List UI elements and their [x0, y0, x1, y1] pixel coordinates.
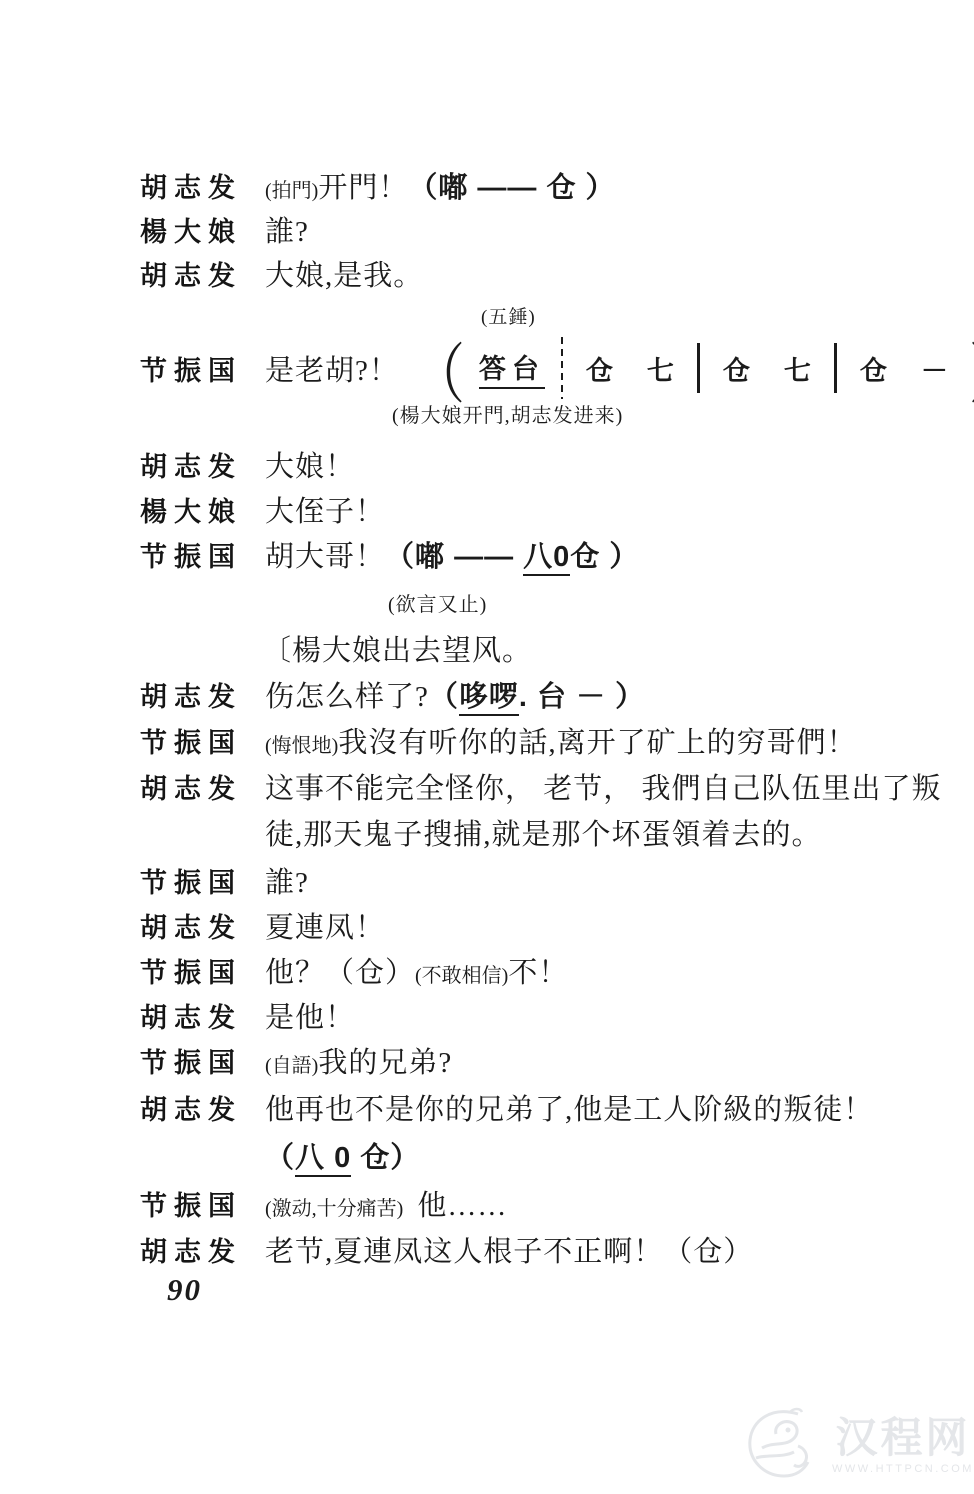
speaker-name: 胡志发 — [140, 445, 244, 484]
percussion-underlined: 八0 — [523, 541, 570, 576]
percussion-notation: 仓 ） — [570, 541, 639, 573]
percussion-notation: 仓） — [351, 1142, 420, 1174]
percussion-notation: （嘟 —— 仓 ） — [408, 172, 615, 204]
script-page: 胡志发 (拍門)开門！（嘟 —— 仓 ） 楊大娘 誰? 胡志发 大娘,是我。 (… — [0, 0, 974, 1494]
spoken-text: 不！ — [508, 957, 568, 989]
inline-stage-direction: (自語) — [265, 1055, 318, 1077]
percussion-syllable: 仓 — [860, 349, 887, 388]
spoken-text: 开門！ — [318, 172, 408, 204]
speaker-name: 节振国 — [140, 1184, 244, 1223]
spoken-text: 我沒有听你的話,离开了矿上的穷哥們！ — [338, 727, 856, 759]
inline-stage-direction: (不敢相信) — [415, 965, 508, 987]
speaker-name: 节振国 — [140, 535, 244, 574]
spoken-text: 伤怎么样了? — [265, 681, 429, 713]
dialogue-row: 胡志发 伤怎么样了?（哆啰. 台 － ） — [140, 674, 645, 715]
measure-barline-dashed — [561, 337, 563, 399]
dialogue-row: 节振国 (自語)我的兄弟? — [140, 1040, 452, 1081]
spoken-text-continuation: 徒,那天鬼子搜捕,就是那个坏蛋領着去的。 — [265, 812, 822, 853]
percussion-underlined: 八 0 — [295, 1142, 351, 1177]
dialogue-row: 胡志发 大娘！ — [140, 444, 355, 485]
spoken-text: 是老胡?！ — [265, 348, 399, 389]
percussion-underlined: 哆啰 — [459, 681, 519, 716]
spoken-text: 是他！ — [265, 995, 355, 1036]
dialogue-row: 胡志发 夏連凤！ — [140, 905, 385, 946]
watermark-site-name: 汉程网 — [832, 1416, 974, 1460]
dialogue-row: 胡志发 他再也不是你的兄弟了,他是工人阶級的叛徒！ — [140, 1087, 873, 1128]
spoken-text: 大娘,是我。 — [265, 253, 423, 294]
speaker-name: 节振国 — [140, 349, 244, 388]
percussion-label: (五錘) — [481, 302, 536, 329]
inline-stage-direction: (激动,十分痛苦) — [265, 1198, 403, 1220]
dialogue-row: 胡志发 是他！ — [140, 995, 355, 1036]
spoken-text: 他…… — [417, 1190, 507, 1222]
watermark: 汉程网 WWW.HTTPCN.COM — [742, 1402, 972, 1489]
dialogue-row: 楊大娘 大侄子！ — [140, 489, 385, 530]
percussion-syllable: 七 — [647, 349, 674, 388]
httpcn-swirl-logo-icon — [742, 1402, 828, 1489]
dialogue-row: 节振国 (激动,十分痛苦)他…… — [140, 1183, 507, 1224]
dialogue-row: 胡志发 老节,夏連凤这人根子不正啊！（仓） — [140, 1229, 753, 1270]
dialogue-row: 节振国 (悔恨地)我沒有听你的話,离开了矿上的穷哥們！ — [140, 720, 857, 761]
speaker-name: 节振国 — [140, 951, 244, 990]
dialogue-text: 他？（仓）(不敢相信)不！ — [265, 950, 568, 991]
spoken-text: 夏連凤！ — [265, 905, 385, 946]
dialogue-row: 节振国 他？（仓）(不敢相信)不！ — [140, 950, 568, 991]
speaker-name: 胡志发 — [140, 906, 244, 945]
percussion-measure-row: 节振国 是老胡?！ （ 答台 仓 七 仓 七 仓 － ） — [140, 334, 974, 402]
percussion-syllable: － — [921, 349, 948, 388]
dialogue-row: 楊大娘 誰? — [140, 209, 309, 250]
speaker-name: 胡志发 — [140, 166, 244, 205]
dialogue-row: 节振国 胡大哥！（嘟 —— 八0仓 ） — [140, 534, 639, 575]
watermark-text-block: 汉程网 WWW.HTTPCN.COM — [832, 1416, 974, 1474]
inline-stage-direction: (悔恨地) — [265, 735, 338, 757]
stage-direction: (欲言又止) — [388, 588, 487, 617]
page-number: 90 — [167, 1272, 202, 1308]
speaker-name: 胡志发 — [140, 675, 244, 714]
measure-barline — [697, 343, 700, 393]
spoken-text: 老节,夏連凤这人根子不正啊！（仓） — [265, 1229, 753, 1270]
dialogue-text: (悔恨地)我沒有听你的話,离开了矿上的穷哥們！ — [265, 720, 857, 761]
spoken-text: 大侄子！ — [265, 489, 385, 530]
percussion-line: （八 0 仓） — [265, 1135, 420, 1176]
inline-stage-direction: (拍門) — [265, 180, 318, 202]
speaker-name: 楊大娘 — [140, 490, 244, 529]
percussion-notation: . 台 － ） — [519, 681, 645, 713]
spoken-text: 他再也不是你的兄弟了,他是工人阶級的叛徒！ — [265, 1087, 873, 1128]
dialogue-row: 节振国 誰? — [140, 860, 309, 901]
speaker-name: 胡志发 — [140, 254, 244, 293]
spoken-text: 我的兄弟? — [318, 1047, 452, 1079]
spoken-text: 誰? — [265, 209, 309, 250]
spoken-text: 胡大哥！ — [265, 541, 385, 573]
percussion-syllable: 七 — [784, 349, 811, 388]
measure-barline — [834, 343, 837, 393]
dialogue-text: (自語)我的兄弟? — [265, 1040, 452, 1081]
percussion-notation: （ — [265, 1142, 295, 1174]
stage-direction: (楊大娘开門,胡志发进来) — [392, 399, 623, 428]
speaker-name: 楊大娘 — [140, 210, 244, 249]
action-direction: 〔楊大娘出去望风。 — [262, 628, 532, 669]
dialogue-text: 胡大哥！（嘟 —— 八0仓 ） — [265, 534, 639, 575]
speaker-name: 节振国 — [140, 1041, 244, 1080]
dialogue-text: (拍門)开門！（嘟 —— 仓 ） — [265, 165, 616, 206]
speaker-name: 节振国 — [140, 721, 244, 760]
percussion-notation: （ — [429, 681, 459, 713]
percussion-syllable: 仓 — [586, 349, 613, 388]
speaker-name: 胡志发 — [140, 1230, 244, 1269]
dialogue-row: 胡志发 (拍門)开門！（嘟 —— 仓 ） — [140, 165, 616, 206]
speaker-name: 胡志发 — [140, 767, 244, 806]
dialogue-text: 伤怎么样了?（哆啰. 台 － ） — [265, 674, 645, 715]
dialogue-text: (激动,十分痛苦)他…… — [265, 1183, 507, 1224]
speaker-name: 胡志发 — [140, 1088, 244, 1127]
spoken-text: 誰? — [265, 860, 309, 901]
speaker-name: 胡志发 — [140, 996, 244, 1035]
dialogue-row: 胡志发 这事不能完全怪你， 老节， 我們自己队伍里出了叛 — [140, 766, 942, 807]
percussion-syllable: 答台 — [479, 347, 545, 389]
percussion-notation: （嘟 —— — [385, 541, 523, 573]
spoken-text: 大娘！ — [265, 444, 355, 485]
percussion-syllable: 仓 — [723, 349, 750, 388]
watermark-site-url: WWW.HTTPCN.COM — [832, 1463, 974, 1475]
spoken-text: 他？（仓） — [265, 957, 415, 989]
speaker-name: 节振国 — [140, 861, 244, 900]
dialogue-row: 胡志发 大娘,是我。 — [140, 253, 423, 294]
big-paren-close: ） — [969, 321, 974, 415]
spoken-text: 这事不能完全怪你， 老节， 我們自己队伍里出了叛 — [265, 766, 942, 807]
